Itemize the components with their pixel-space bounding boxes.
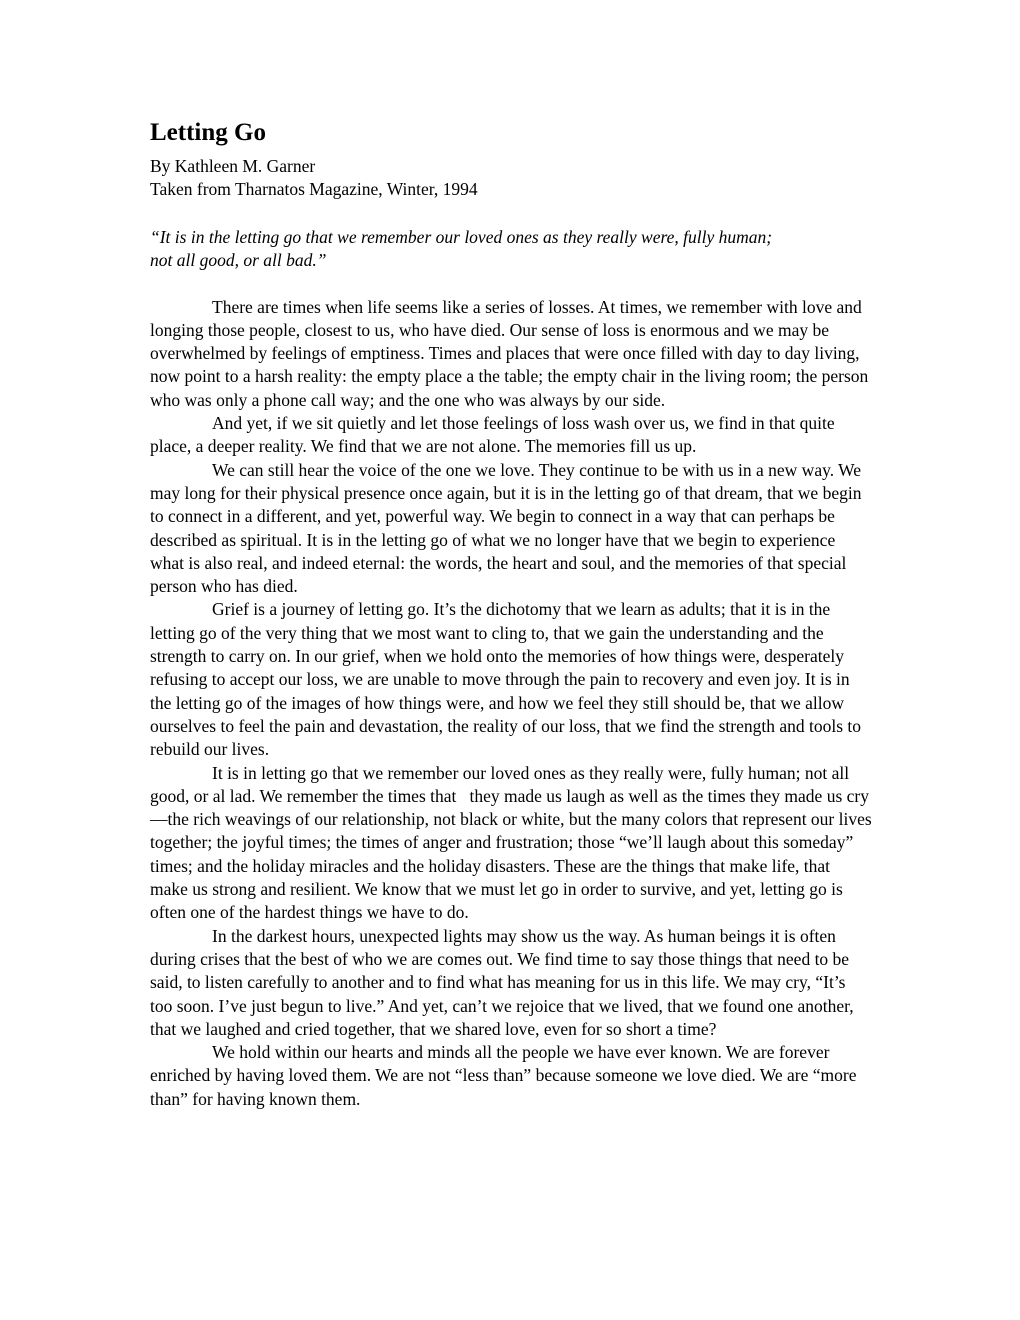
document-page: Letting Go By Kathleen M. Garner Taken f… bbox=[0, 0, 1020, 1320]
paragraph: We hold within our hearts and minds all … bbox=[150, 1041, 872, 1111]
paragraph: Grief is a journey of letting go. It’s t… bbox=[150, 598, 872, 761]
document-epigraph: “It is in the letting go that we remembe… bbox=[150, 226, 872, 273]
paragraph: In the darkest hours, unexpected lights … bbox=[150, 925, 872, 1041]
paragraph: And yet, if we sit quietly and let those… bbox=[150, 412, 872, 459]
document-source: Taken from Tharnatos Magazine, Winter, 1… bbox=[150, 178, 872, 201]
document-byline: By Kathleen M. Garner bbox=[150, 155, 872, 178]
paragraph: We can still hear the voice of the one w… bbox=[150, 459, 872, 599]
paragraph: There are times when life seems like a s… bbox=[150, 296, 872, 412]
paragraph: It is in letting go that we remember our… bbox=[150, 762, 872, 925]
document-body: There are times when life seems like a s… bbox=[150, 296, 872, 1111]
document-meta: By Kathleen M. Garner Taken from Tharnat… bbox=[150, 155, 872, 201]
document-title: Letting Go bbox=[150, 118, 872, 148]
